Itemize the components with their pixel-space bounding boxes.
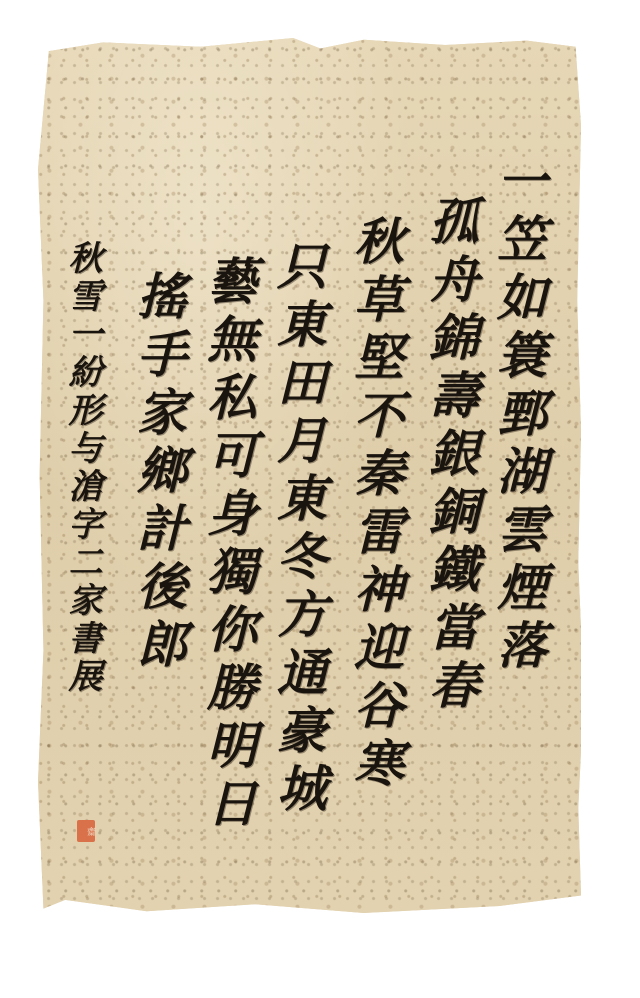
- calligraphy-column-4: 只東田月東冬方通豪城: [268, 240, 328, 820]
- calligraphy-column-1: 一笠如簑鄄湖雲煙落: [488, 155, 548, 677]
- calligraphy-column-3: 秋草堅不秦雷神迎谷寒: [345, 215, 405, 795]
- calligraphy-column-5: 藝無私可身獨你勝明日: [198, 255, 258, 835]
- signature-inscription: 秋雪一紛形与滄字二家書展: [60, 240, 104, 696]
- calligraphy-column-6: 搖手家鄉計後郎: [128, 270, 188, 676]
- calligraphy-column-2: 孤舟錦壽銀銅鐵當春: [420, 195, 480, 717]
- artist-seal: 齋: [77, 820, 95, 842]
